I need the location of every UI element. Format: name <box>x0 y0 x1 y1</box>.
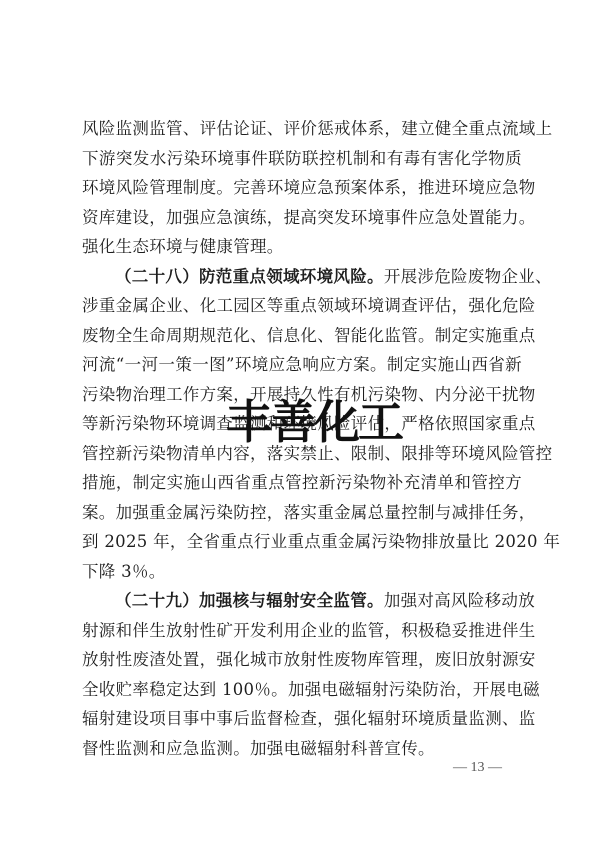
text-line: 全收贮率稳定达到 100％。加强电磁辐射污染防治，开展电磁 <box>82 679 522 701</box>
text-line: 风险监测监管、评估论证、评价惩戒体系，建立健全重点流域上 <box>82 118 522 140</box>
text-line: 督性监测和应急监测。加强电磁辐射科普宣传。 <box>82 738 522 760</box>
text-line: 强化生态环境与健康管理。 <box>82 236 522 258</box>
section-28-first-text: 开展涉危险废物企业、 <box>384 267 552 286</box>
watermark: 丰善化工 <box>226 394 402 450</box>
section-29-first-line: （二十九）加强核与辐射安全监管。加强对高风险移动放 <box>115 590 522 612</box>
text-line: 到 2025 年，全省重点行业重点重金属污染物排放量比 2020 年 <box>82 531 522 553</box>
section-29-heading: （二十九）加强核与辐射安全监管。 <box>115 591 384 610</box>
document-page: 风险监测监管、评估论证、评价惩戒体系，建立健全重点流域上 下游突发水污染环境事件… <box>0 0 600 848</box>
text-line: 案。加强重金属污染防控，落实重金属总量控制与减排任务， <box>82 502 522 524</box>
section-29-first-text: 加强对高风险移动放 <box>384 591 535 610</box>
text-line: 环境风险管理制度。完善环境应急预案体系，推进环境应急物 <box>82 177 522 199</box>
section-28-first-line: （二十八）防范重点领域环境风险。开展涉危险废物企业、 <box>115 266 522 288</box>
text-line: 涉重金属企业、化工园区等重点领域环境调查评估，强化危险 <box>82 295 522 317</box>
text-line: 辐射建设项目事中事后监督检查，强化辐射环境质量监测、监 <box>82 708 522 730</box>
text-line: 废物全生命周期规范化、信息化、智能化监管。制定实施重点 <box>82 325 522 347</box>
text-line: 射源和伴生放射性矿开发利用企业的监管，积极稳妥推进伴生 <box>82 620 522 642</box>
section-28-heading: （二十八）防范重点领域环境风险。 <box>115 267 384 286</box>
text-line: 下降 3％。 <box>82 561 522 583</box>
text-line: 措施，制定实施山西省重点管控新污染物补充清单和管控方 <box>82 472 522 494</box>
page-number: — 13 — <box>440 760 515 776</box>
text-line: 下游突发水污染环境事件联防联控机制和有毒有害化学物质 <box>82 148 522 170</box>
text-line: 放射性废渣处置，强化城市放射性废物库管理，废旧放射源安 <box>82 649 522 671</box>
text-line: 资库建设，加强应急演练，提高突发环境事件应急处置能力。 <box>82 207 522 229</box>
text-line: 河流“一河一策一图”环境应急响应方案。制定实施山西省新 <box>82 354 522 376</box>
